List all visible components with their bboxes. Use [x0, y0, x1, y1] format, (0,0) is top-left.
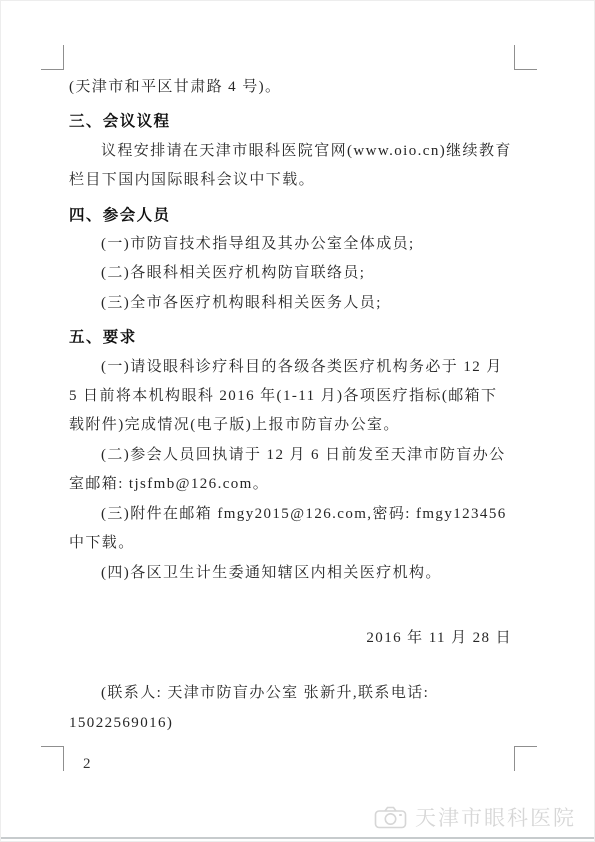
crop-mark-bottom-left	[41, 746, 64, 771]
crop-mark-top-left	[41, 45, 64, 70]
section-heading-5: 五、要求	[69, 323, 526, 352]
document-page: (天津市和平区甘肃路 4 号)。 三、会议议程 议程安排请在天津市眼科医院官网(…	[0, 0, 595, 842]
list-item: (二)参会人员回执请于 12 月 6 日前发至天津市防盲办公	[69, 441, 526, 470]
page-number: 2	[83, 756, 91, 773]
doc-line: 中下载。	[69, 529, 526, 558]
contact-phone: 15022569016)	[69, 709, 526, 738]
document-body: (天津市和平区甘肃路 4 号)。 三、会议议程 议程安排请在天津市眼科医院官网(…	[69, 73, 526, 738]
section-heading-3: 三、会议议程	[69, 107, 526, 136]
doc-line: 议程安排请在天津市眼科医院官网(www.oio.cn)继续教育	[69, 137, 526, 166]
list-item: (二)各眼科相关医疗机构防盲联络员;	[69, 259, 526, 288]
watermark: 天津市眼科医院	[374, 802, 576, 832]
document-date: 2016 年 11 月 28 日	[69, 624, 526, 653]
bottom-divider	[1, 837, 594, 839]
crop-mark-bottom-right	[514, 746, 537, 771]
doc-line-address: (天津市和平区甘肃路 4 号)。	[69, 73, 526, 102]
list-item: (一)请设眼科诊疗科目的各级各类医疗机构务必于 12 月	[69, 353, 526, 382]
crop-mark-top-right	[514, 45, 537, 70]
doc-line: 载附件)完成情况(电子版)上报市防盲办公室。	[69, 411, 526, 440]
list-item: (三)全市各医疗机构眼科相关医务人员;	[69, 289, 526, 318]
watermark-label: 天津市眼科医院	[415, 802, 576, 832]
list-item-email: (三)附件在邮箱 fmgy2015@126.com,密码: fmgy123456	[69, 500, 526, 529]
contact-line: (联系人: 天津市防盲办公室 张新升,联系电话:	[69, 679, 526, 708]
list-item: (四)各区卫生计生委通知辖区内相关医疗机构。	[69, 559, 526, 588]
section-heading-4: 四、参会人员	[69, 201, 526, 230]
camera-icon	[374, 805, 407, 829]
doc-line: 5 日前将本机构眼科 2016 年(1-11 月)各项医疗指标(邮箱下	[69, 382, 526, 411]
doc-line: 栏目下国内国际眼科会议中下载。	[69, 166, 526, 195]
doc-line-email: 室邮箱: tjsfmb@126.com。	[69, 470, 526, 499]
list-item: (一)市防盲技术指导组及其办公室全体成员;	[69, 230, 526, 259]
